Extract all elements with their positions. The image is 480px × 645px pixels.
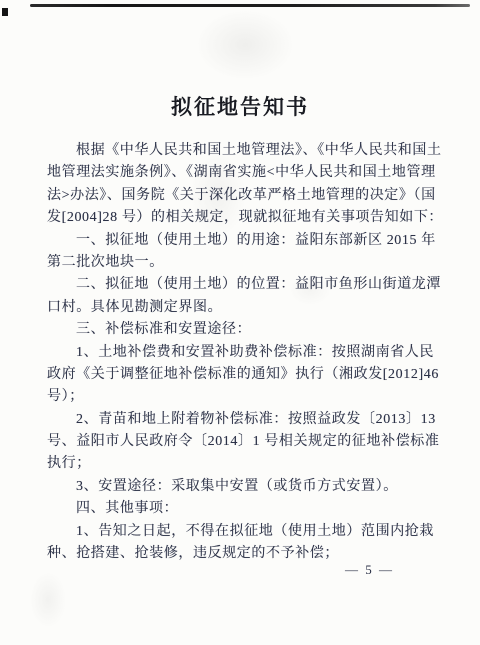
body-line: 1、土地补偿费和安置补助费补偿标准：按照湖南省人民 [47,342,441,364]
body-line: 第二批次地块一。 [47,252,441,274]
body-line: 三、补偿标准和安置途径： [47,319,441,341]
body-line: 法>办法》、国务院《关于深化改革严格土地管理的决定》（国 [47,185,441,207]
scanned-document-page: 拟征地告知书 根据《中华人民共和国土地管理法》、《中华人民共和国土 地管理法实施… [0,0,480,645]
body-line: 一、拟征地（使用土地）的用途：益阳东部新区 2015 年 [47,230,441,252]
body-line: 根据《中华人民共和国土地管理法》、《中华人民共和国土 [47,140,441,162]
document-body: 根据《中华人民共和国土地管理法》、《中华人民共和国土 地管理法实施条例》、《湖南… [47,140,441,565]
body-line: 3、安置途径：采取集中安置（或货币方式安置）。 [47,476,441,498]
scan-corner-mark [2,8,8,16]
document-title: 拟征地告知书 [0,91,480,121]
body-line: 四、其他事项： [47,498,441,520]
body-line: 执行； [47,453,441,475]
page-number: — 5 — [345,562,394,578]
body-line: 政府《关于调整征地补偿标准的通知》执行（湘政发[2012]46 [47,364,441,386]
body-line: 号）； [47,386,441,408]
scan-edge-line [30,4,470,7]
body-line: 口村。具体见勘测定界图。 [47,297,441,319]
body-line: 号、益阳市人民政府令〔2014〕1 号相关规定的征地补偿标准 [47,431,441,453]
body-line: 发[2004]28 号）的相关规定，现就拟征地有关事项告知如下： [47,207,441,229]
body-line: 地管理法实施条例》、《湖南省实施<中华人民共和国土地管理 [47,162,441,184]
body-line: 1、告知之日起，不得在拟征地（使用土地）范围内抢栽 [47,521,441,543]
body-line: 2、青苗和地上附着物补偿标准：按照益政发〔2013〕13 [47,409,441,431]
body-line: 二、拟征地（使用土地）的位置：益阳市鱼形山街道龙潭 [47,274,441,296]
